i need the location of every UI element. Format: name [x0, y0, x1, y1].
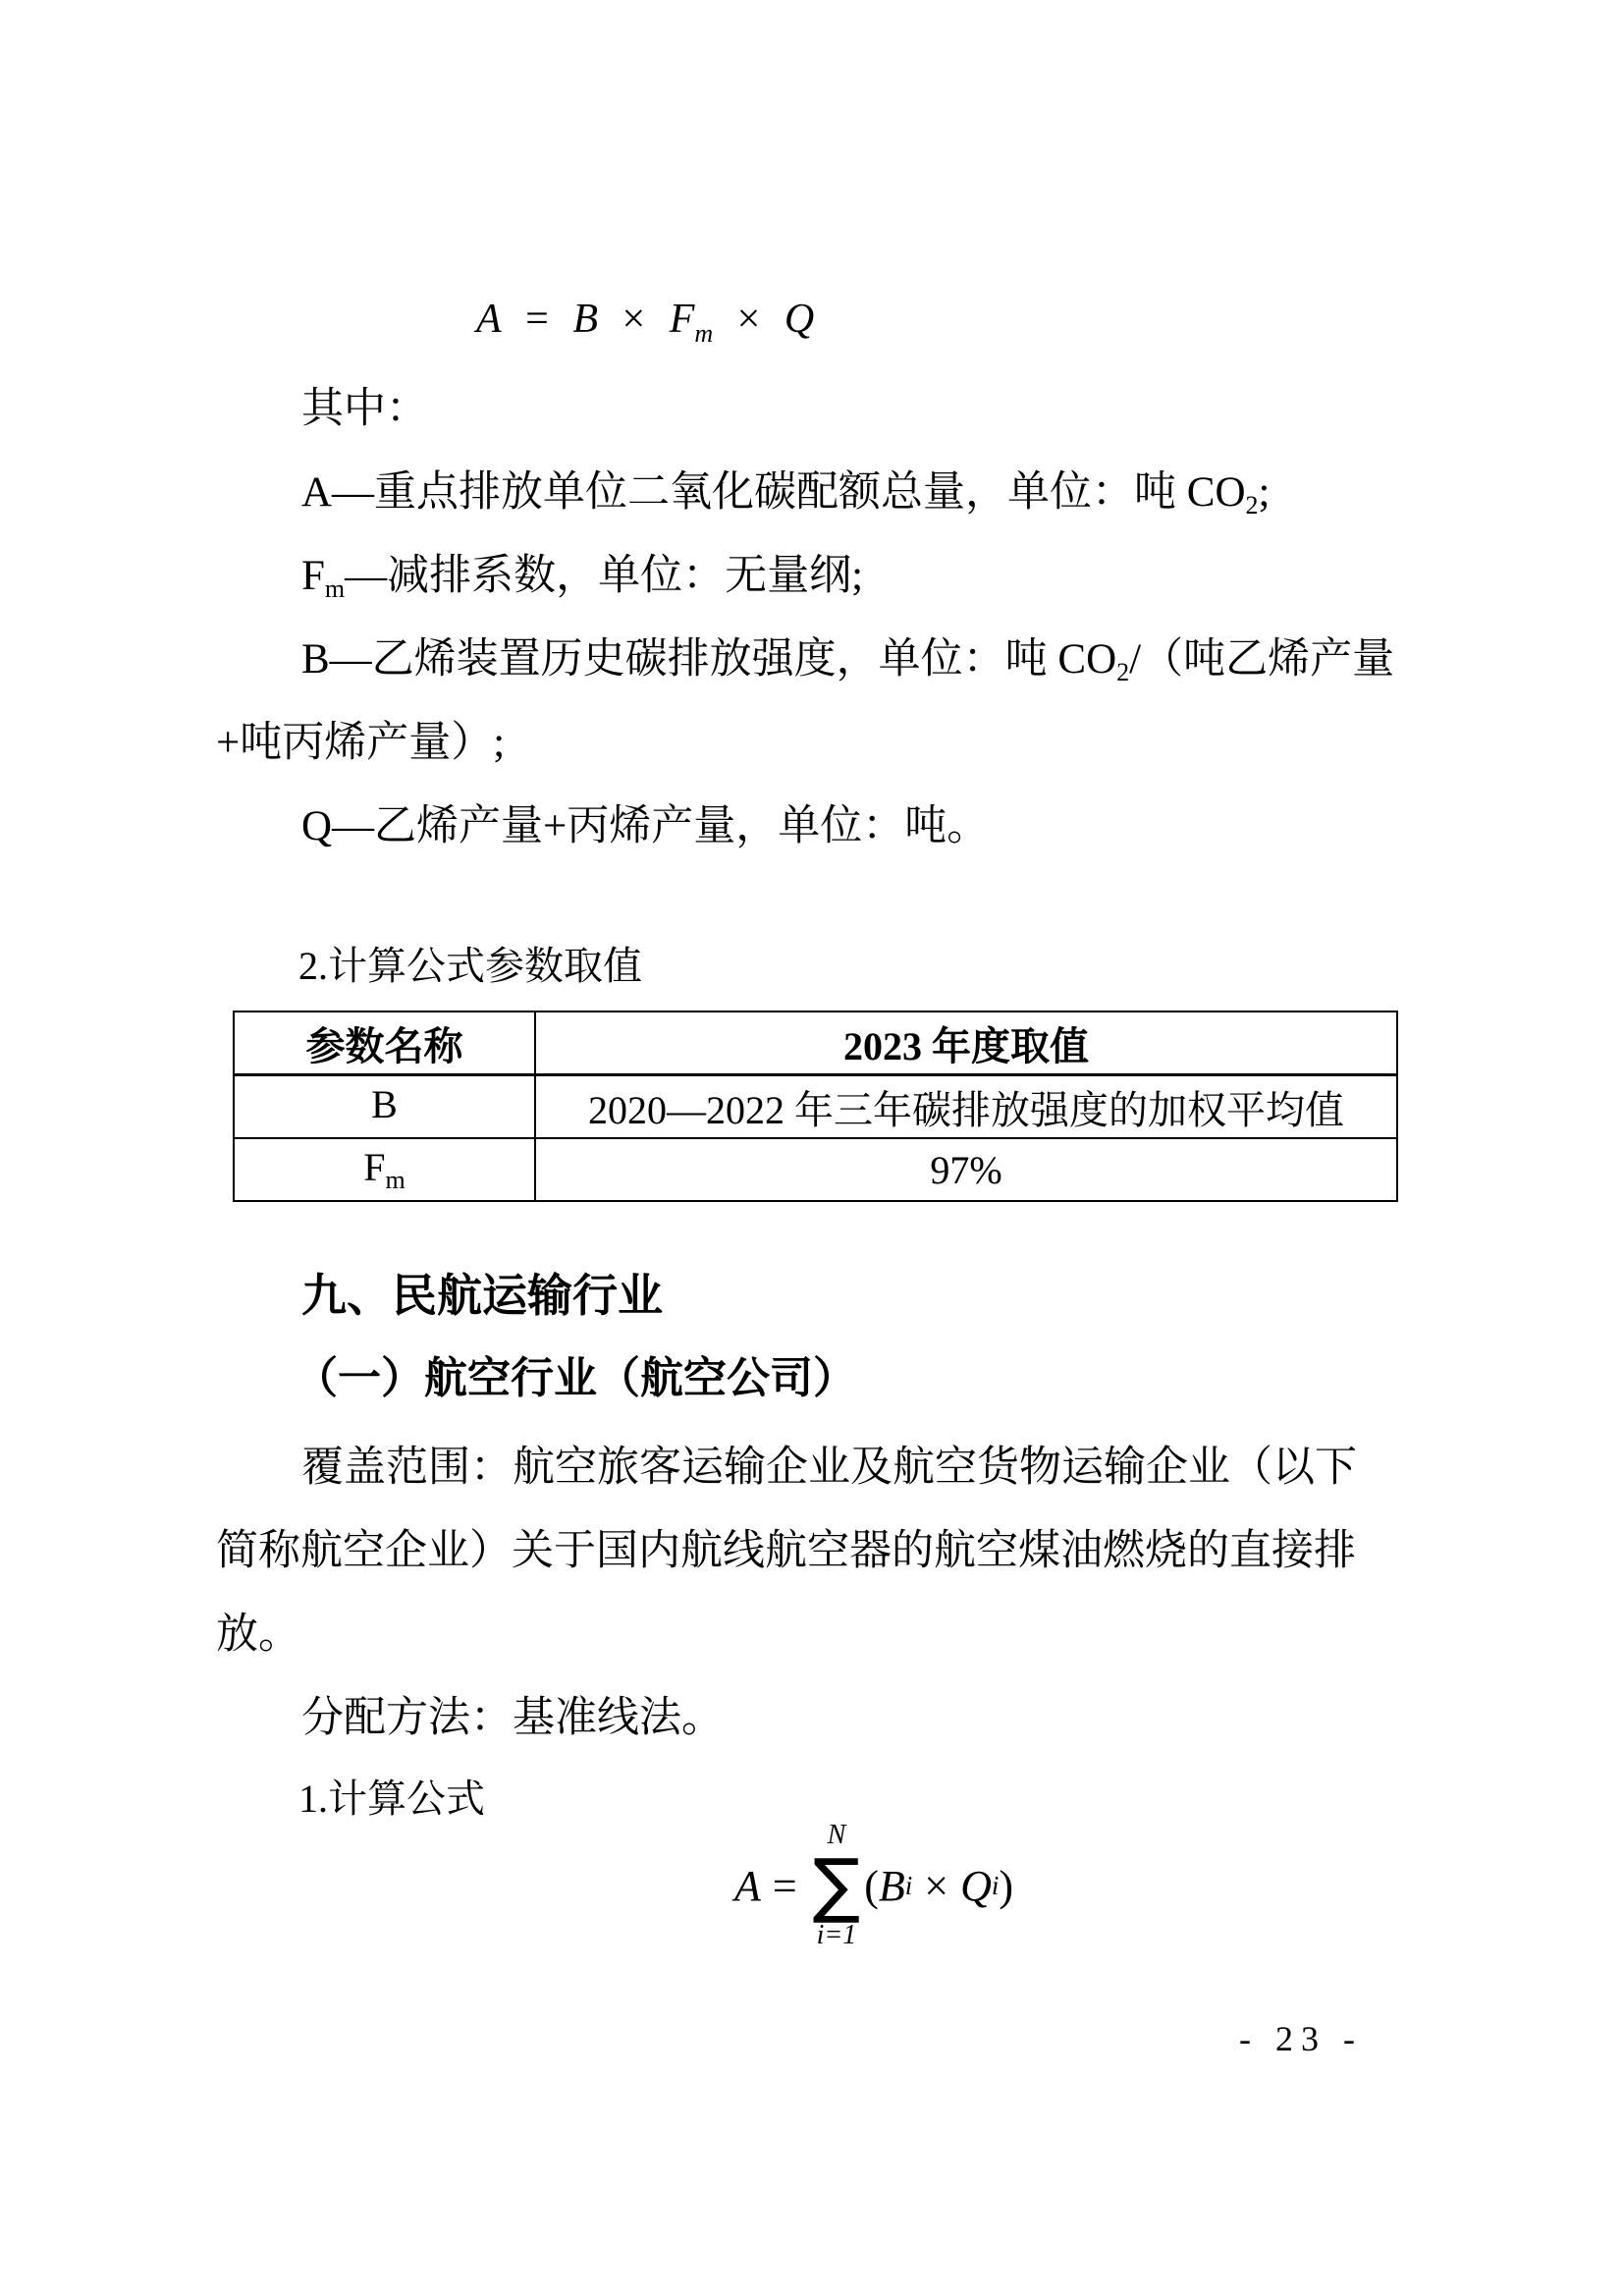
coverage-line3: 放。 — [216, 1609, 1473, 1662]
parameter-table-head: 参数名称 2023 年度取值 — [234, 1011, 1397, 1075]
formula-var-a: A — [476, 297, 502, 342]
section2-heading-text: 2.计算公式参数取值 — [298, 944, 642, 988]
definition-b-text: B—乙烯装置历史碳排放强度，单位：吨 CO — [301, 636, 1116, 683]
table-header-param: 参数名称 — [234, 1011, 535, 1075]
definition-a-text: A—重点排放单位二氧化碳配额总量，单位：吨 CO — [301, 469, 1246, 516]
open-paren: ( — [864, 1861, 879, 1911]
calc-formula-heading: 1.计算公式 — [298, 1776, 485, 1823]
definition-b-line2-text: +吨丙烯产量）; — [216, 720, 505, 766]
param-b-label: B — [371, 1082, 398, 1126]
equals-sign: = — [773, 1861, 797, 1911]
coverage-line2: 简称航空企业）关于国内航线航空器的航空煤油燃烧的直接排 — [216, 1525, 1473, 1578]
page-number: - 23 - — [1239, 2018, 1363, 2059]
formula-aviation-allowance: A = N ∑ i=1 ( Bi × Qi ) — [668, 1822, 1080, 1949]
where-label-text: 其中： — [301, 386, 428, 432]
definition-fm-var: F — [301, 553, 325, 599]
formula-var-f-subscript: m — [694, 319, 713, 348]
table-row: B 2020—2022 年三年碳排放强度的加权平均值 — [234, 1075, 1397, 1139]
formula-ethylene-allowance: A = B × Fm × Q — [476, 295, 814, 349]
calc-formula-heading-text: 1.计算公式 — [298, 1777, 485, 1821]
definition-q-text: Q—乙烯产量+丙烯产量，单位：吨。 — [301, 803, 989, 849]
formula2-var-a: A — [734, 1861, 761, 1911]
table-cell-value-fm: 97% — [535, 1138, 1397, 1201]
definition-fm: Fm—减排系数，单位：无量纲; — [216, 550, 1558, 606]
close-paren: ) — [999, 1861, 1013, 1911]
page-number-text: - 23 - — [1239, 2019, 1363, 2058]
allocation-method-line: 分配方法：基准线法。 — [216, 1692, 1558, 1745]
summation-icon: ∑ — [813, 1851, 861, 1918]
multiply-sign: × — [924, 1861, 948, 1911]
definition-fm-subscript: m — [325, 574, 345, 603]
formula2-var-q-subscript: i — [992, 1871, 1000, 1901]
where-label: 其中： — [216, 383, 1558, 436]
coverage-line2-text: 简称航空企业）关于国内航线航空器的航空煤油燃烧的直接排 — [216, 1528, 1356, 1574]
definition-b-tail: /（吨乙烯产量 — [1129, 636, 1394, 683]
formula-var-q: Q — [784, 297, 814, 342]
table-row: Fm 97% — [234, 1138, 1397, 1201]
document-page: A = B × Fm × Q 其中： A—重点排放单位二氧化碳配额总量，单位：吨… — [0, 0, 1623, 2296]
section9-sub-heading-text: （一）航空行业（航空公司） — [295, 1354, 856, 1402]
section9-heading-text: 九、民航运输行业 — [301, 1270, 663, 1321]
parameter-table-body: B 2020—2022 年三年碳排放强度的加权平均值 Fm 97% — [234, 1075, 1397, 1202]
formula2-var-q: Q — [960, 1861, 992, 1911]
definition-a: A—重点排放单位二氧化碳配额总量，单位：吨 CO2; — [216, 466, 1558, 522]
definition-fm-text: —减排系数，单位：无量纲; — [345, 553, 863, 599]
coverage-line3-text: 放。 — [216, 1612, 300, 1658]
formula2-var-b-subscript: i — [905, 1871, 913, 1901]
table-cell-value-b: 2020—2022 年三年碳排放强度的加权平均值 — [535, 1075, 1397, 1139]
coverage-line1: 覆盖范围：航空旅客运输企业及航空货物运输企业（以下 — [216, 1442, 1558, 1495]
parameter-table: 参数名称 2023 年度取值 B 2020—2022 年三年碳排放强度的加权平均… — [233, 1011, 1398, 1202]
table-cell-param-fm: Fm — [234, 1138, 535, 1201]
section2-heading: 2.计算公式参数取值 — [298, 943, 642, 990]
table-header-value: 2023 年度取值 — [535, 1011, 1397, 1075]
formula-var-b: B — [572, 297, 598, 342]
definition-b-subscript: 2 — [1116, 658, 1129, 686]
definition-b-line1: B—乙烯装置历史碳排放强度，单位：吨 CO2/（吨乙烯产量 — [216, 633, 1558, 689]
definition-a-tail: ; — [1259, 469, 1271, 516]
formula-var-f: F — [670, 297, 695, 342]
param-fm-label: F — [363, 1145, 385, 1189]
coverage-line1-text: 覆盖范围：航空旅客运输企业及航空货物运输企业（以下 — [301, 1445, 1357, 1491]
summation-lower-limit: i=1 — [817, 1922, 857, 1949]
definition-a-subscript: 2 — [1246, 491, 1259, 519]
equals-sign: = — [525, 297, 549, 342]
allocation-method-text: 分配方法：基准线法。 — [301, 1695, 724, 1741]
section9-heading: 九、民航运输行业 — [301, 1269, 663, 1323]
formula2-var-b: B — [879, 1861, 905, 1911]
multiply-sign: × — [737, 297, 761, 342]
section9-sub-heading: （一）航空行业（航空公司） — [295, 1353, 856, 1405]
multiply-sign: × — [622, 297, 646, 342]
definition-q: Q—乙烯产量+丙烯产量，单位：吨。 — [216, 800, 1558, 853]
table-header-row: 参数名称 2023 年度取值 — [234, 1011, 1397, 1075]
definition-b-line2: +吨丙烯产量）; — [216, 717, 1473, 770]
param-fm-subscript: m — [386, 1166, 406, 1194]
summation-stack: N ∑ i=1 — [813, 1822, 861, 1949]
table-cell-param-b: B — [234, 1075, 535, 1139]
